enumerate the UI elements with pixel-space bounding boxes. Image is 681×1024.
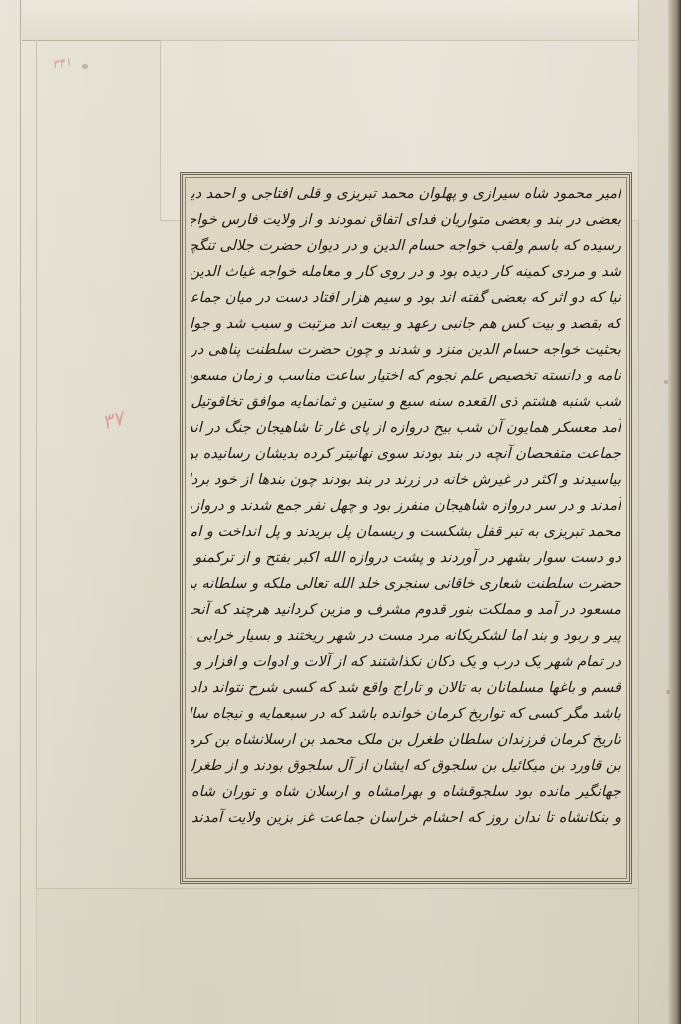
text-line: دو دست سوار بشهر در آوردند و پشت دروازه …: [191, 545, 621, 571]
text-line: محمد تبریزی به تبر قفل بشکست و ریسمان پل…: [191, 519, 621, 545]
text-line: تاریخ کرمان فرزندان سلطان طغرل بن ملک مح…: [191, 727, 621, 753]
text-line: در تمام شهر یک درب و یک دکان نکذاشتند که…: [191, 649, 621, 675]
text-line: بعضی در بند و بعضی متواریان فدای اتفاق ن…: [191, 207, 621, 233]
text-line: و بنکانشاه تا ندان روز که احشام خراسان ج…: [191, 805, 621, 831]
text-line: پیر و ربود و بند اما لشکریکانه مرد مست د…: [191, 623, 621, 649]
text-line: نامه و دانسته تخصیص علم نجوم که اختیار س…: [191, 363, 621, 389]
margin-note-red: ۳۷: [99, 406, 126, 435]
text-line: آمدند و در سر دروازه شاهیجان منفرز بود و…: [191, 493, 621, 519]
text-line: بحثیت خواجه حسام الدین منزد و شدند و چون…: [191, 337, 621, 363]
folio-number-red: ۳۴۱: [51, 54, 72, 71]
text-line: مسعود در آمد و مملکت بنور قدوم مشرف و مز…: [191, 597, 621, 623]
text-line: نیا که دو اثر که بعضی گفته اند بود و سیم…: [191, 285, 621, 311]
stain-spot: [82, 64, 88, 69]
manuscript-page: ۳۴۱ ۳۷ امیر محمود شاه سیرازی و پهلوان مح…: [0, 0, 681, 1024]
top-guard-strip: [22, 0, 638, 41]
stain-spot: [666, 690, 670, 694]
text-line: حضرت سلطنت شعاری خاقانی سنجری خلد الله ت…: [191, 571, 621, 597]
text-line: رسیده که باسم ولقب خواجه حسام الدین و در…: [191, 233, 621, 259]
left-guard-rule: [20, 0, 21, 1024]
text-line: بیاسیدند و اکثر در غیرش خانه در زرند در …: [191, 467, 621, 493]
text-line: شد و مردی کمینه کار دیده بود و در روی کا…: [191, 259, 621, 285]
stain-spot: [664, 380, 668, 384]
binding-edge: [668, 0, 681, 1024]
text-line: آمد معسکر همایون آن شب بیح دروازه از پای…: [191, 415, 621, 441]
text-line: شب شنبه هشتم ذی القعده سنه سبع و ستین و …: [191, 389, 621, 415]
text-line: که بقصد و بیت کس هم جانبی رعهد و بیعت ان…: [191, 311, 621, 337]
text-line: باشد مگر کسی که تواریخ کرمان خوانده باشد…: [191, 701, 621, 727]
text-line: جهانگیر مانده بود سلجوقشاه و بهرامشاه و …: [191, 779, 621, 805]
text-line: قسم و باغها مسلمانان به تالان و تاراج وا…: [191, 675, 621, 701]
text-line: جماعت متفحصان آنچه در بند بودند سوی نهان…: [191, 441, 621, 467]
left-inner-rule: [36, 40, 37, 1024]
text-line: بن قاورد بن میکائیل بن سلجوق که ایشان از…: [191, 753, 621, 779]
text-block: امیر محمود شاه سیرازی و پهلوان محمد تبری…: [180, 172, 632, 884]
text-line: امیر محمود شاه سیرازی و پهلوان محمد تبری…: [191, 181, 621, 207]
bottom-mount-panel: [36, 888, 638, 1024]
